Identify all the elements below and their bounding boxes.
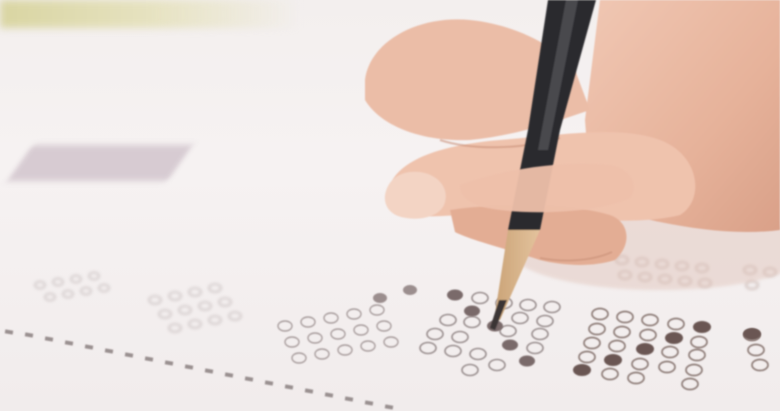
timing-marks bbox=[5, 329, 394, 409]
bubble-group-far bbox=[35, 273, 241, 333]
photo-scene bbox=[0, 0, 780, 411]
filled-bubbles-right bbox=[573, 321, 761, 376]
answer-sheet-illustration bbox=[0, 0, 780, 411]
bubble-group-right bbox=[579, 309, 768, 390]
bubble-group-mid bbox=[278, 305, 398, 363]
bubble-group-near bbox=[420, 293, 560, 376]
